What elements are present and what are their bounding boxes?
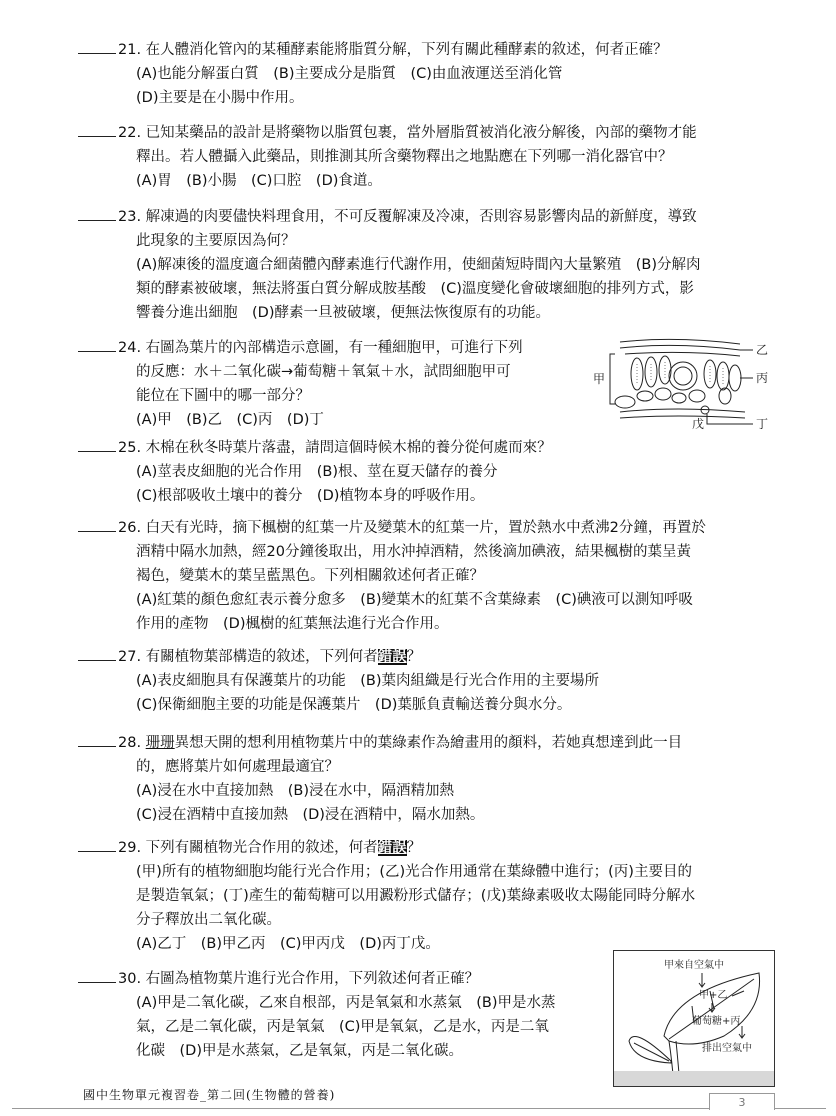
options-line: 類的酵素被破壞，無法將蛋白質分解成胺基酸 (C)溫度變化會破壞細胞的排列方式，影 [78, 277, 758, 301]
label-top: 甲來自空氣中 [664, 958, 724, 971]
question-number: 29. [118, 840, 141, 856]
question-28: 28. 珊珊異想天開的想利用植物葉片中的葉綠素作為繪畫用的顏料，若她真想達到此一… [78, 731, 758, 827]
options-line: 化碳 (D)甲是水蒸氣，乙是氧氣，丙是二氧化碳。 [78, 1039, 618, 1063]
question-29: 29. 下列有關植物光合作用的敘述，何者錯誤？ (甲)所有的植物細胞均能行光合作… [78, 836, 758, 956]
label-product: 葡萄糖+丙 [692, 1014, 740, 1027]
stem-continuation: 褐色，變葉木的葉呈藍黑色。下列相關敘述何者正確？ [78, 564, 758, 588]
leaf-cross-section-figure: 甲 乙 丙 丁 戊 [575, 334, 770, 430]
answer-blank[interactable] [78, 968, 116, 983]
options-line: (A)浸在水中直接加熱 (B)浸在水中，隔酒精加熱 [78, 779, 758, 803]
question-stem: 右圖為植物葉片進行光合作用，下列敘述何者正確？ [146, 971, 480, 987]
options-line: (A)胃 (B)小腸 (C)口腔 (D)食道。 [78, 169, 758, 193]
question-27: 27. 有關植物葉部構造的敘述，下列何者錯誤？ (A)表皮細胞具有保護葉片的功能… [78, 645, 758, 717]
options-line: (C)浸在酒精中直接加熱 (D)浸在酒精中，隔水加熱。 [78, 803, 758, 827]
question-stem: 下列有關植物光合作用的敘述，何者 [146, 840, 378, 856]
question-22: 22. 已知某藥品的設計是將藥物以脂質包裹，當外層脂質被消化液分解後，內部的藥物… [78, 121, 758, 193]
person-name: 珊珊 [146, 735, 175, 751]
options-line: (A)解凍後的溫度適合細菌體內酵素進行代謝作用，使細菌短時間內大量繁殖 (B)分… [78, 253, 758, 277]
footer-title: 國中生物單元複習卷_第二回(生物體的營養) [83, 1086, 335, 1103]
options-line: (C)保衛細胞主要的功能是保護葉片 (D)葉脈負責輸送養分與水分。 [78, 693, 758, 717]
question-number: 23. [118, 209, 141, 225]
stem-continuation: 能位在下圖中的哪一部分？ [78, 384, 578, 408]
options-line: 作用的產物 (D)楓樹的紅葉無法進行光合作用。 [78, 612, 758, 636]
statement-line: 是製造氧氣；(丁)產生的葡萄糖可以用澱粉形式儲存；(戊)葉綠素吸收太陽能同時分解… [78, 884, 758, 908]
options-line: (C)根部吸收土壤中的養分 (D)植物本身的呼吸作用。 [78, 484, 758, 508]
answer-blank[interactable] [78, 837, 116, 852]
statement-line: 分子釋放出二氧化碳。 [78, 908, 758, 932]
question-stem: 異想天開的想利用植物葉片中的葉綠素作為繪畫用的顏料，若她真想達到此一目 [175, 735, 683, 751]
question-number: 25. [118, 440, 141, 456]
question-number: 24. [118, 340, 141, 356]
emphasis-wrong: 錯誤 [378, 840, 407, 856]
photosynthesis-plant-figure: 甲來自空氣中 甲+乙 葡萄糖+丙 排出空氣中 [613, 950, 775, 1087]
question-26: 26. 白天有光時，摘下楓樹的紅葉一片及變葉木的紅葉一片，置於熱水中煮沸2分鐘，… [78, 516, 758, 636]
plant-drawing: 甲來自空氣中 甲+乙 葡萄糖+丙 排出空氣中 [614, 951, 774, 1086]
options-line: (A)表皮細胞具有保護葉片的功能 (B)葉肉組織是行光合作用的主要場所 [78, 669, 758, 693]
options-line: 響養分進出細胞 (D)酵素一旦被破壞，便無法恢復原有的功能。 [78, 301, 758, 325]
answer-blank[interactable] [78, 206, 116, 221]
answer-blank[interactable] [78, 337, 116, 352]
question-number: 22. [118, 125, 141, 141]
page-number: 3 [709, 1093, 775, 1110]
label-bing: 丙 [756, 371, 768, 385]
question-number: 26. [118, 520, 141, 536]
label-wu: 戊 [692, 416, 704, 430]
question-stem: 解凍過的肉要儘快料理食用，不可反覆解凍及冷凍，否則容易影響肉品的新鮮度，導致 [146, 209, 697, 225]
question-mark: ？ [407, 649, 422, 665]
question-number: 27. [118, 649, 141, 665]
question-stem: 已知某藥品的設計是將藥物以脂質包裹，當外層脂質被消化液分解後，內部的藥物才能 [146, 125, 697, 141]
options-line: (A)甲 (B)乙 (C)丙 (D)丁 [78, 408, 578, 432]
question-stem: 有關植物葉部構造的敘述，下列何者 [146, 649, 378, 665]
leaf-cross-section-drawing: 甲 乙 丙 丁 戊 [575, 334, 770, 430]
answer-blank[interactable] [78, 732, 116, 747]
label-jia: 甲 [593, 372, 605, 386]
answer-blank[interactable] [78, 517, 116, 532]
footer-divider [12, 1108, 826, 1109]
answer-blank[interactable] [78, 122, 116, 137]
question-25: 25. 木棉在秋冬時葉片落盡，請問這個時候木棉的養分從何處而來？ (A)莖表皮細… [78, 436, 758, 508]
answer-blank[interactable] [78, 437, 116, 452]
answer-blank[interactable] [78, 39, 116, 54]
question-24: 24. 右圖為葉片的內部構造示意圖，有一種細胞甲，可進行下列 的反應：水＋二氧化… [78, 336, 578, 432]
label-ding: 丁 [756, 417, 768, 430]
options-line: (A)也能分解蛋白質 (B)主要成分是脂質 (C)由血液運送至消化管 [78, 62, 758, 86]
options-line: (A)紅葉的顏色愈紅表示養分愈多 (B)變葉木的紅葉不含葉綠素 (C)碘液可以測… [78, 588, 758, 612]
question-21: 21. 在人體消化管內的某種酵素能將脂質分解，下列有關此種酵素的敘述，何者正確？… [78, 38, 758, 110]
emphasis-wrong: 錯誤 [378, 649, 407, 665]
options-line: (A)甲是二氧化碳，乙來自根部，丙是氧氣和水蒸氣 (B)甲是水蒸 [78, 991, 618, 1015]
question-stem: 白天有光時，摘下楓樹的紅葉一片及變葉木的紅葉一片，置於熱水中煮沸2分鐘，再置於 [146, 520, 706, 536]
label-mid: 甲+乙 [699, 989, 727, 1001]
answer-blank[interactable] [78, 646, 116, 661]
question-stem: 在人體消化管內的某種酵素能將脂質分解，下列有關此種酵素的敘述，何者正確？ [146, 42, 668, 58]
label-yi: 乙 [756, 343, 768, 357]
question-number: 21. [118, 42, 141, 58]
question-stem: 木棉在秋冬時葉片落盡，請問這個時候木棉的養分從何處而來？ [146, 440, 552, 456]
question-stem: 右圖為葉片的內部構造示意圖，有一種細胞甲，可進行下列 [146, 340, 523, 356]
question-23: 23. 解凍過的肉要儘快料理食用，不可反覆解凍及冷凍，否則容易影響肉品的新鮮度，… [78, 205, 758, 325]
stem-continuation: 的，應將葉片如何處理最適宜？ [78, 755, 758, 779]
question-30: 30. 右圖為植物葉片進行光合作用，下列敘述何者正確？ (A)甲是二氧化碳，乙來… [78, 967, 618, 1063]
stem-continuation: 此現象的主要原因為何？ [78, 229, 758, 253]
question-number: 30. [118, 971, 141, 987]
options-line: (D)主要是在小腸中作用。 [78, 86, 758, 110]
options-line: (A)莖表皮細胞的光合作用 (B)根、莖在夏天儲存的養分 [78, 460, 758, 484]
stem-continuation: 釋出。若人體攝入此藥品，則推測其所含藥物釋出之地點應在下列哪一消化器官中？ [78, 145, 758, 169]
question-mark: ？ [407, 840, 422, 856]
label-bottom: 排出空氣中 [702, 1041, 752, 1054]
statement-line: (甲)所有的植物細胞均能行光合作用；(乙)光合作用通常在葉綠體中進行；(丙)主要… [78, 860, 758, 884]
stem-continuation: 的反應：水＋二氧化碳→葡萄糖＋氧氣＋水，試問細胞甲可 [78, 360, 578, 384]
stem-continuation: 酒精中隔水加熱，經20分鐘後取出，用水沖掉酒精，然後滴加碘液，結果楓樹的葉呈黃 [78, 540, 758, 564]
options-line: 氣，乙是二氧化碳，丙是氧氣 (C)甲是氧氣，乙是水，丙是二氧 [78, 1015, 618, 1039]
question-number: 28. [118, 735, 141, 751]
